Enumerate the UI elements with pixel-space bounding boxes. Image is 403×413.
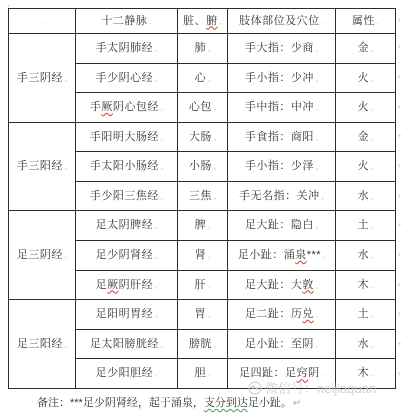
paragraph-mark: , — [155, 74, 157, 83]
cell-organ: 心, — [178, 63, 228, 93]
watermark: 微信号：neijiaquan — [248, 378, 376, 397]
paragraph-mark: , — [208, 310, 210, 319]
cell-organ: 胆, — [178, 359, 228, 389]
row-end-mark: + — [396, 152, 403, 182]
paragraph-mark: , — [371, 44, 373, 53]
document-page: , , 十二静脉, 脏、腑, 肢体部位及穴位, 属性, 手三阴经, 手太阴肺经,… — [0, 0, 403, 413]
header-label-attribute: 属性 — [352, 15, 375, 27]
point-label: 手食指：商阳 — [245, 131, 314, 143]
paragraph-mark: , — [316, 310, 318, 319]
paragraph-mark: , — [155, 369, 157, 378]
cell-meridian: 足少阴肾经, — [76, 241, 178, 271]
cell-category: 足三阳经, — [9, 300, 76, 389]
cell-organ: 三焦, — [178, 181, 228, 211]
header-label-organs: 脏、 — [183, 15, 206, 27]
meridian-label: 手阳明大肠经 — [90, 131, 159, 143]
paragraph-mark: , — [323, 251, 325, 260]
cell-attr: 水, — [336, 181, 396, 211]
paragraph-mark: , — [371, 281, 373, 290]
paragraph-mark: , — [7, 0, 10, 8]
cell-point: 手大指：少商, — [228, 34, 336, 64]
organ-label: 胃 — [195, 308, 207, 320]
paragraph-mark: , — [161, 162, 163, 171]
header-cell-organs: 脏、腑, — [178, 9, 228, 34]
header-label-meridians: 十二静脉 — [101, 15, 147, 27]
cell-point: 手小指：少冲, — [228, 63, 336, 93]
meridian-label-misspelled: 厥 — [101, 101, 113, 113]
cell-organ: 胃, — [178, 300, 228, 330]
paragraph-mark: , — [371, 369, 373, 378]
paragraph-mark: , — [322, 369, 324, 378]
footnote-text-grammar-flagged: 支分到达 — [204, 397, 248, 409]
header-label-body-part: 肢体部位及穴位 — [239, 15, 320, 27]
table-row: 手三阳经, 手阳明大肠经, 大肠, 手食指：商阳, 金, — [9, 122, 396, 152]
cell-point: 足大趾：大敦, — [228, 270, 336, 300]
header-cell-body-part: 肢体部位及穴位, — [228, 9, 336, 34]
table-row: 足三阴经, 足太阴脾经, 脾, 足大趾：隐白, 土, — [9, 211, 396, 241]
cell-category: 手三阳经, — [9, 122, 76, 211]
row-end-marks: + + + + + + + + + + + + + — [396, 8, 403, 389]
cell-meridian: 足少阳胆经, — [76, 359, 178, 389]
cell-organ: 肝, — [178, 270, 228, 300]
paragraph-mark: , — [214, 133, 216, 142]
cell-point: 手食指：商阳, — [228, 122, 336, 152]
attr-label: 火 — [358, 101, 370, 113]
meridian-label: 手太阳小肠经 — [90, 160, 159, 172]
attr-label: 火 — [358, 160, 370, 172]
organ-label: 三焦 — [189, 190, 212, 202]
paragraph-mark: , — [208, 251, 210, 260]
point-label: 手小指：少泽 — [245, 160, 314, 172]
attr-label: 土 — [358, 308, 370, 320]
paragraph-mark: , — [161, 192, 163, 201]
meridian-label: 足太阴脾经 — [96, 219, 154, 231]
paragraph-mark: , — [316, 44, 318, 53]
paragraph-mark: , — [65, 340, 67, 349]
organ-label: 小肠 — [189, 160, 212, 172]
paragraph-mark: , — [371, 310, 373, 319]
cell-organ: 肺, — [178, 34, 228, 64]
cell-organ: 膀胱, — [178, 329, 228, 359]
cell-organ: 肾, — [178, 241, 228, 271]
table-header-row: , 十二静脉, 脏、腑, 肢体部位及穴位, 属性, — [9, 9, 396, 34]
paragraph-mark: , — [149, 17, 151, 26]
cell-attr: 火, — [336, 63, 396, 93]
cell-meridian: 足太阴脾经, — [76, 211, 178, 241]
category-label: 足三阳经 — [17, 338, 63, 350]
paragraph-mark: , — [316, 281, 318, 290]
paragraph-mark: , — [155, 221, 157, 230]
meridian-label: 足太阳膀胱经 — [90, 338, 159, 350]
point-label-misspelled: 兑 — [302, 308, 314, 320]
meridian-label: 足阳明胃经 — [96, 308, 154, 320]
paragraph-mark: , — [161, 133, 163, 142]
return-mark: ↵ — [293, 398, 301, 409]
cell-meridian: 手少阳三焦经, — [76, 181, 178, 211]
header-cell-blank: , — [9, 9, 76, 34]
cell-meridian: 手少阴心经, — [76, 63, 178, 93]
point-label: 手无名指：关冲 — [239, 190, 320, 202]
header-cell-attribute: 属性, — [336, 9, 396, 34]
cell-attr: 土, — [336, 300, 396, 330]
cell-meridian: 手太阴肺经, — [76, 34, 178, 64]
attr-label: 水 — [358, 338, 370, 350]
table-row: 足三阳经, 足阳明胃经, 胃, 足二趾：历兑, 土, — [9, 300, 396, 330]
paragraph-mark: , — [377, 17, 379, 26]
meridian-label: 手 — [90, 101, 102, 113]
organ-label: 大肠 — [189, 131, 212, 143]
paragraph-mark: , — [316, 74, 318, 83]
cell-organ: 心包, — [178, 93, 228, 123]
cell-category: 足三阴经, — [9, 211, 76, 300]
row-end-mark: + — [396, 211, 403, 241]
point-label: 手中指：中冲 — [245, 101, 314, 113]
paragraph-mark: , — [371, 340, 373, 349]
paragraph-mark: , — [371, 251, 373, 260]
cell-point: 手小指：少泽, — [228, 152, 336, 182]
paragraph-mark: , — [371, 221, 373, 230]
cell-attr: 金, — [336, 34, 396, 64]
row-end-mark: + — [396, 300, 403, 330]
paragraph-mark: , — [161, 103, 163, 112]
cell-meridian: 足阳明胃经, — [76, 300, 178, 330]
paragraph-mark: , — [208, 74, 210, 83]
cell-attr: 土, — [336, 211, 396, 241]
paragraph-mark: , — [371, 133, 373, 142]
row-end-mark: + — [396, 8, 403, 33]
paragraph-mark: , — [322, 192, 324, 201]
footnote-text: 备注：***足少阴肾经，起于涌泉， — [37, 397, 204, 409]
point-label-misspelled: 泉 — [295, 249, 307, 261]
attr-label: 火 — [358, 72, 370, 84]
row-end-mark: + — [396, 330, 403, 360]
footnote-text: 足小趾。 — [248, 397, 292, 409]
row-end-mark: + — [396, 181, 403, 211]
paragraph-mark: , — [371, 103, 373, 112]
point-label: 手大指：少商 — [245, 42, 314, 54]
paragraph-mark: , — [214, 103, 216, 112]
point-label: 足二趾：历 — [245, 308, 303, 320]
cell-organ: 大肠, — [178, 122, 228, 152]
cell-point: 足二趾：历兑, — [228, 300, 336, 330]
row-end-mark: + — [396, 359, 403, 389]
row-end-mark: + — [396, 33, 403, 63]
cell-point: 手中指：中冲, — [228, 93, 336, 123]
attr-label: 金 — [358, 131, 370, 143]
header-label-organs-misspelled: 腑 — [206, 15, 218, 27]
paragraph-mark: , — [65, 162, 67, 171]
meridian-label: 足少阳胆经 — [96, 367, 154, 379]
paragraph-mark: , — [65, 251, 67, 260]
paragraph-mark: , — [208, 369, 210, 378]
paragraph-mark: , — [322, 17, 324, 26]
category-label: 手三阳经 — [17, 160, 63, 172]
cell-meridian: 足厥阴肝经, — [76, 270, 178, 300]
cell-meridian: 手厥阴心包经, — [76, 93, 178, 123]
cell-point: 足大趾：隐白, — [228, 211, 336, 241]
paragraph-mark: , — [316, 162, 318, 171]
meridian-label: 阴肝经 — [119, 279, 154, 291]
paragraph-mark: , — [155, 310, 157, 319]
paragraph-mark: , — [214, 192, 216, 201]
cell-point: 足小趾：涌泉***, — [228, 241, 336, 271]
cell-attr: 火, — [336, 93, 396, 123]
point-label-footnote-stars: *** — [307, 249, 321, 261]
cell-point: 足小趾：至阴, — [228, 329, 336, 359]
meridian-label: 手太阴肺经 — [96, 42, 154, 54]
row-end-mark: + — [396, 270, 403, 300]
cell-organ: 脾, — [178, 211, 228, 241]
point-label: 手小指：少冲 — [245, 72, 314, 84]
point-label: 足小趾：至阴 — [245, 338, 314, 350]
cell-point: 手无名指：关冲, — [228, 181, 336, 211]
cell-attr: 火, — [336, 152, 396, 182]
cell-meridian: 手太阳小肠经, — [76, 152, 178, 182]
paragraph-mark: , — [208, 221, 210, 230]
organ-label: 膀胱 — [189, 338, 212, 350]
category-label: 手三阴经 — [17, 72, 63, 84]
paragraph-mark: , — [371, 74, 373, 83]
paragraph-mark: , — [161, 340, 163, 349]
meridian-label: 手少阳三焦经 — [90, 190, 159, 202]
cell-attr: 金, — [336, 122, 396, 152]
paragraph-mark: , — [65, 74, 67, 83]
meridian-table: , 十二静脉, 脏、腑, 肢体部位及穴位, 属性, 手三阴经, 手太阴肺经, 肺… — [8, 8, 396, 389]
paragraph-mark: , — [316, 340, 318, 349]
point-label: 足小趾：涌 — [238, 249, 296, 261]
paragraph-mark: , — [316, 133, 318, 142]
row-end-mark: + — [396, 63, 403, 93]
paragraph-mark: , — [220, 17, 222, 26]
point-label-misspelled: 敦 — [302, 279, 314, 291]
paragraph-mark: , — [214, 340, 216, 349]
organ-label: 肝 — [195, 279, 207, 291]
organ-label: 胆 — [195, 367, 207, 379]
point-label: 足大趾：大 — [245, 279, 303, 291]
paragraph-mark: , — [208, 44, 210, 53]
point-label: 足大趾：隐白 — [245, 219, 314, 231]
cell-attr: 木, — [336, 270, 396, 300]
attr-label: 水 — [358, 190, 370, 202]
paragraph-mark: , — [371, 162, 373, 171]
organ-label: 心 — [195, 72, 207, 84]
cell-attr: 水, — [336, 241, 396, 271]
attr-label: 土 — [358, 219, 370, 231]
paragraph-mark: , — [371, 192, 373, 201]
row-end-mark: + — [396, 241, 403, 271]
meridian-label: 足少阴肾经 — [96, 249, 154, 261]
cell-organ: 小肠, — [178, 152, 228, 182]
cell-category: 手三阴经, — [9, 34, 76, 123]
wechat-logo-icon — [248, 381, 262, 395]
header-cell-meridians: 十二静脉, — [76, 9, 178, 34]
attr-label: 金 — [358, 42, 370, 54]
organ-label: 脾 — [195, 219, 207, 231]
cell-meridian: 足太阳膀胱经, — [76, 329, 178, 359]
table-row: 手三阴经, 手太阴肺经, 肺, 手大指：少商, 金, — [9, 34, 396, 64]
category-label: 足三阴经 — [17, 249, 63, 261]
paragraph-mark: , — [316, 221, 318, 230]
cell-attr: 水, — [336, 329, 396, 359]
paragraph-mark: , — [42, 17, 44, 26]
organ-label: 心包 — [189, 101, 212, 113]
paragraph-mark: , — [155, 251, 157, 260]
attr-label: 水 — [358, 249, 370, 261]
paragraph-mark: , — [155, 44, 157, 53]
meridian-label: 手少阴心经 — [96, 72, 154, 84]
row-end-mark: + — [396, 92, 403, 122]
row-end-mark: + — [396, 122, 403, 152]
meridian-label: 阴心包经 — [113, 101, 159, 113]
paragraph-mark: , — [155, 281, 157, 290]
paragraph-mark: , — [208, 281, 210, 290]
cell-meridian: 手阳明大肠经, — [76, 122, 178, 152]
organ-label: 肾 — [195, 249, 207, 261]
watermark-text: 微信号：neijiaquan — [265, 378, 376, 397]
paragraph-mark: , — [316, 103, 318, 112]
paragraph-mark: , — [214, 162, 216, 171]
attr-label: 木 — [358, 279, 370, 291]
organ-label: 肺 — [195, 42, 207, 54]
meridian-label: 足 — [96, 279, 108, 291]
meridian-label-misspelled: 厥 — [107, 279, 119, 291]
